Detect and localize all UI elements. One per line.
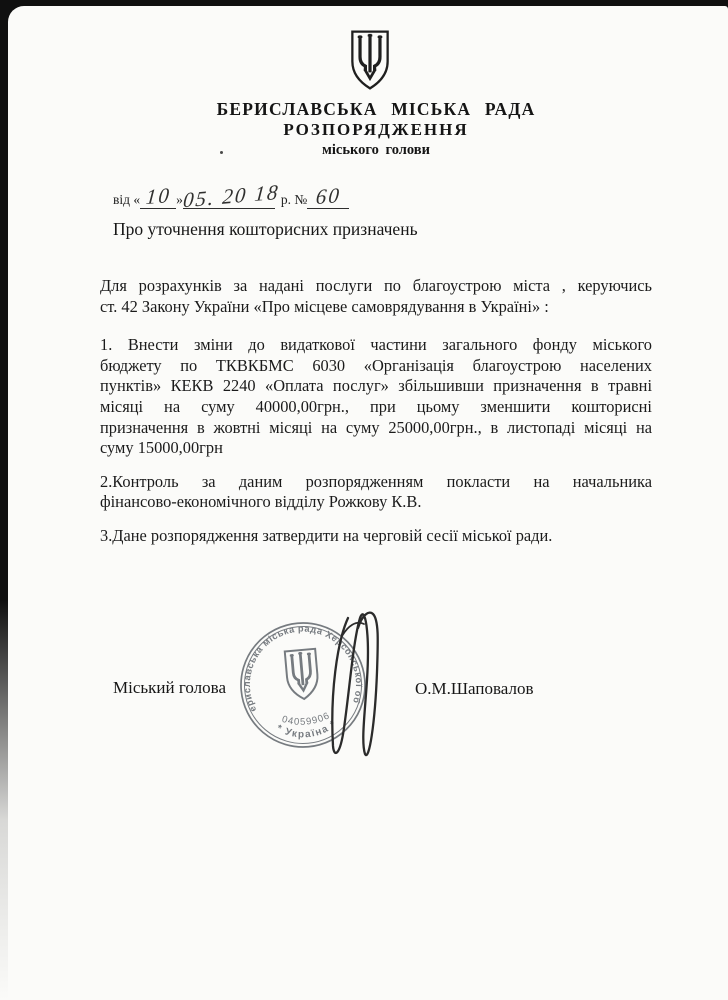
item-2-paragraph: 2.Контроль за даним розпорядженням покла…: [100, 472, 652, 513]
body-line: місяці на суму 40000,00грн., при цьому з…: [100, 397, 652, 418]
number-underline: 60: [307, 192, 349, 209]
intro-paragraph: Для розрахунків за надані послуги по бла…: [100, 276, 652, 317]
handwritten-month-year: 05. 20 18: [183, 187, 280, 206]
date-prefix-label: від «: [113, 192, 140, 207]
number-label: р. №: [281, 192, 307, 207]
date-day-underline: 10: [140, 192, 176, 209]
signer-name: О.М.Шаповалов: [415, 679, 533, 699]
body-line: пунктів» КЕКВ 2240 «Оплата послуг» збіль…: [100, 376, 652, 397]
body-line: ст. 42 Закону України «Про місцеве самов…: [100, 297, 652, 318]
body-line: 2.Контроль за даним розпорядженням покла…: [100, 472, 652, 493]
scan-edge-shadow: [0, 600, 9, 1000]
handwritten-day: 10: [145, 190, 171, 202]
body-line: Для розрахунків за надані послуги по бла…: [100, 276, 652, 297]
body-line: призначення в жовтні місяці на суму 2500…: [100, 418, 652, 439]
organization-name: БЕРИСЛАВСЬКА МІСЬКА РАДА: [100, 99, 652, 120]
item-1-paragraph: 1. Внести зміни до видаткової частини за…: [100, 335, 652, 459]
tryzub-coat-of-arms-icon: [347, 28, 393, 92]
scan-speck: [220, 151, 223, 154]
date-number-line: від «10»05. 20 18р. №60: [113, 192, 533, 209]
issuer-subtitle: міського голови: [100, 142, 652, 159]
body-line: 1. Внести зміни до видаткової частини за…: [100, 335, 652, 356]
document-type: РОЗПОРЯДЖЕННЯ: [100, 120, 652, 140]
body-line: суму 15000,00грн: [100, 438, 652, 459]
body-line: бюджету по ТКВКБМС 6030 «Організація бла…: [100, 356, 652, 377]
body-line: 3.Дане розпорядження затвердити на черго…: [100, 526, 652, 547]
body-line: фінансово-економічного відділу Рожкову К…: [100, 492, 652, 513]
subject-line: Про уточнення кошторисних призначень: [113, 219, 418, 240]
document-body: Для розрахунків за надані послуги по бла…: [100, 276, 652, 565]
item-3-paragraph: 3.Дане розпорядження затвердити на черго…: [100, 526, 652, 547]
date-rest-underline: 05. 20 18: [183, 192, 275, 209]
document-header: БЕРИСЛАВСЬКА МІСЬКА РАДА РОЗПОРЯДЖЕННЯ м…: [100, 99, 652, 159]
handwritten-signature: [322, 606, 384, 764]
scanned-document: БЕРИСЛАВСЬКА МІСЬКА РАДА РОЗПОРЯДЖЕННЯ м…: [0, 0, 728, 1000]
handwritten-number: 60: [315, 190, 341, 202]
stamp-tryzub-icon: [285, 649, 320, 700]
signer-position: Міський голова: [113, 678, 226, 698]
